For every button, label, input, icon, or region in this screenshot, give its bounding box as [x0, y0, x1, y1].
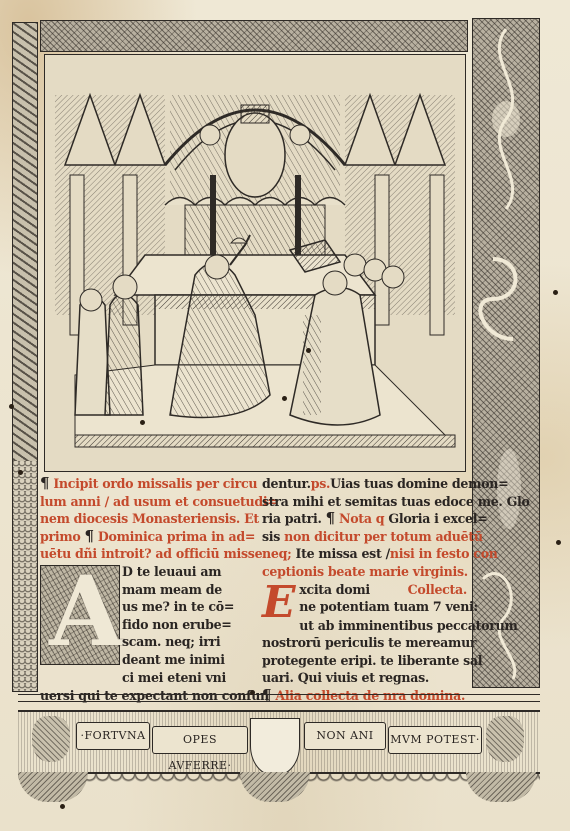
wormhole	[140, 420, 145, 425]
putto-right-icon	[486, 716, 524, 762]
pilcrow-icon: ¶	[85, 527, 94, 545]
wormhole	[306, 348, 311, 353]
motto-banner: OPES AVFERRE·	[152, 726, 248, 754]
footer-rule	[18, 694, 540, 702]
footer-frieze: ·FORTVNA OPES AVFERRE· NON ANI MVM POTES…	[18, 694, 540, 814]
collect-block: E xcita domi Collecta. ne potentiam tuam…	[262, 581, 467, 617]
motto-banner: NON ANI	[304, 722, 386, 750]
foliate-ornament-icon	[473, 19, 539, 687]
missal-page: ¶ Incipit ordo missalis per circu lum an…	[0, 0, 570, 831]
text-line: ria patri. ¶ Nota q Gloria i excel=	[262, 510, 467, 528]
text-line: scam. neq; irri	[122, 633, 234, 651]
text-block: ¶ Incipit ordo missalis per circu lum an…	[40, 475, 470, 687]
introit-block: A D te leuaui am mam meam de us me? in t…	[40, 563, 258, 687]
pilcrow-icon: ¶	[40, 474, 49, 492]
woodcut-illustration	[44, 54, 466, 472]
putto-left-icon	[32, 716, 70, 762]
historiated-initial-a: A	[40, 565, 120, 665]
motto-banner: ·FORTVNA	[76, 722, 150, 750]
text-line: protegente eripi. te liberante sal	[262, 652, 467, 670]
rubric-line: ¶ Incipit ordo missalis per circu	[40, 475, 258, 493]
left-column-border	[12, 22, 38, 692]
wormhole	[553, 290, 558, 295]
right-foliate-border	[472, 18, 540, 688]
text-line: uari. Qui viuis et regnas.	[262, 669, 467, 687]
text-line: D te leuaui am	[122, 563, 234, 581]
rubric-line: nem diocesis Monasteriensis. Et	[40, 510, 258, 528]
blank-shield-icon	[250, 718, 300, 776]
red-initial-e: E	[262, 583, 295, 623]
text-line: dentur.ps.Uias tuas domine demon=	[262, 475, 467, 493]
wormhole	[18, 470, 23, 475]
rubric-line: ceptionis beate marie virginis.	[262, 563, 467, 581]
scale-pattern-column	[13, 461, 37, 691]
right-text-column: dentur.ps.Uias tuas domine demon= stra m…	[262, 475, 467, 705]
wormhole	[282, 396, 287, 401]
rubric-line: lum anni / ad usum et consuetudi=	[40, 493, 258, 511]
wormhole	[556, 540, 561, 545]
top-floral-border	[40, 20, 468, 52]
rubric-line: primo ¶ Dominica prima in ad=	[40, 528, 258, 546]
text-line: sis non dicitur per totum aduētū	[262, 528, 467, 546]
wormhole	[60, 804, 65, 809]
introit-text: D te leuaui am mam meam de us me? in te …	[122, 563, 234, 686]
mass-scene-woodcut-icon	[45, 55, 465, 471]
motto-banner: MVM POTEST·	[388, 726, 482, 754]
text-line: mam meam de	[122, 581, 234, 599]
text-line: nostrorū periculis te mereamur	[262, 634, 467, 652]
text-line: neq; Ite missa est /nisi in festo con	[262, 545, 467, 563]
text-line: deant me inimi	[122, 651, 234, 669]
pilcrow-icon: ¶	[326, 509, 335, 527]
wormhole	[9, 404, 14, 409]
text-line: fido non erube=	[122, 616, 234, 634]
wormhole	[250, 690, 255, 695]
left-text-column: ¶ Incipit ordo missalis per circu lum an…	[40, 475, 258, 705]
text-line: us me? in te cō=	[122, 598, 234, 616]
text-line: stra mihi et semitas tuas edoce me. Glo	[262, 493, 467, 511]
text-line: ci mei eteni vni	[122, 669, 234, 687]
